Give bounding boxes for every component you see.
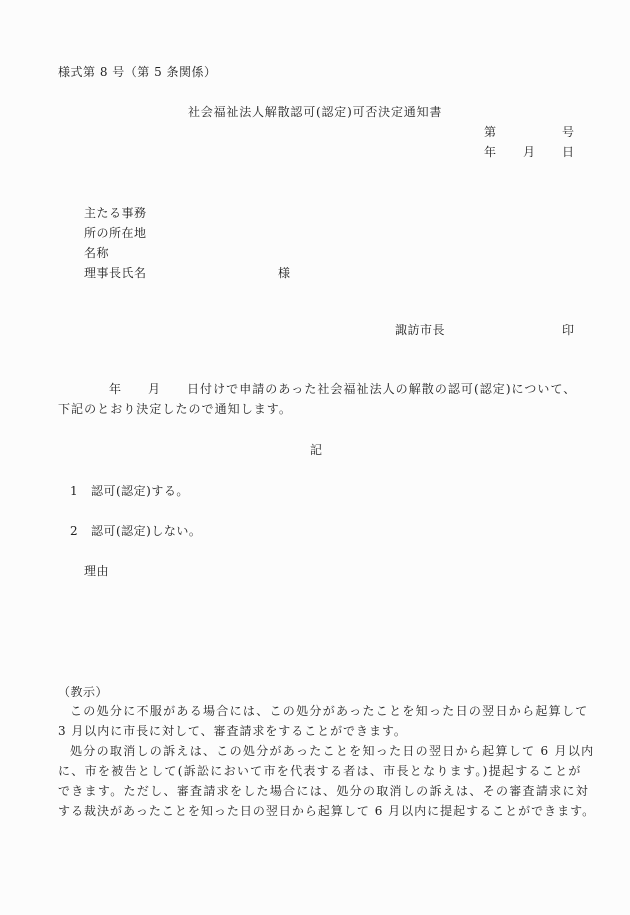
document-title: 社会福祉法人解散認可(認定)可否決定通知書: [188, 106, 442, 118]
item-number: 2: [70, 525, 78, 537]
recipient-representative-label: 理事長氏名: [84, 267, 147, 279]
recipient-honorific: 様: [278, 267, 291, 279]
recipient-address-label-1: 主たる事務: [84, 207, 147, 219]
issuer-seal: 印: [562, 324, 575, 336]
instruction-paragraph1-line1: この処分に不服がある場合には、この処分があったことを知った日の翌日から起算して: [70, 705, 589, 717]
date-year-label: 年: [484, 146, 497, 158]
instruction-paragraph2-line4: する裁決があったことを知った日の翌日から起算して 6 月以内に提起することができ…: [58, 805, 595, 817]
body-line-2: 下記のとおり決定したので通知します。: [58, 403, 292, 415]
issuer-title: 諏訪市長: [395, 324, 445, 336]
date-month-label: 月: [523, 146, 536, 158]
form-number: 様式第 8 号（第 5 条関係）: [58, 66, 217, 78]
item-text: 認可(認定)する。: [91, 485, 189, 497]
instruction-heading: （教示）: [58, 686, 108, 698]
recipient-name-label: 名称: [84, 247, 109, 259]
body-month-label: 月: [148, 383, 161, 395]
instruction-paragraph2-line3: できます。ただし、審査請求をした場合には、処分の取消しの訴えは、その審査請求に対: [58, 785, 589, 797]
item-text: 認可(認定)しない。: [91, 525, 201, 537]
reason-label: 理由: [84, 565, 109, 577]
date-day-label: 日: [562, 146, 575, 158]
item-number: 1: [70, 485, 78, 497]
instruction-paragraph2-line1: 処分の取消しの訴えは、この処分があったことを知った日の翌日から起算して 6 月以…: [70, 745, 594, 757]
number-suffix: 号: [562, 126, 575, 138]
recipient-address-label-2: 所の所在地: [84, 227, 147, 239]
ki-marker: 記: [310, 444, 323, 456]
number-prefix: 第: [484, 126, 497, 138]
body-year-label: 年: [109, 383, 122, 395]
instruction-paragraph1-line2: 3 月以内に市長に対して、審査請求をすることができます。: [58, 725, 407, 737]
body-line-1: 日付けで申請のあった社会福祉法人の解散の認可(認定)について、: [187, 383, 576, 395]
instruction-paragraph2-line2: に、市を被告として(訴訟において市を代表する者は、市長となります。)提起すること…: [58, 765, 582, 777]
